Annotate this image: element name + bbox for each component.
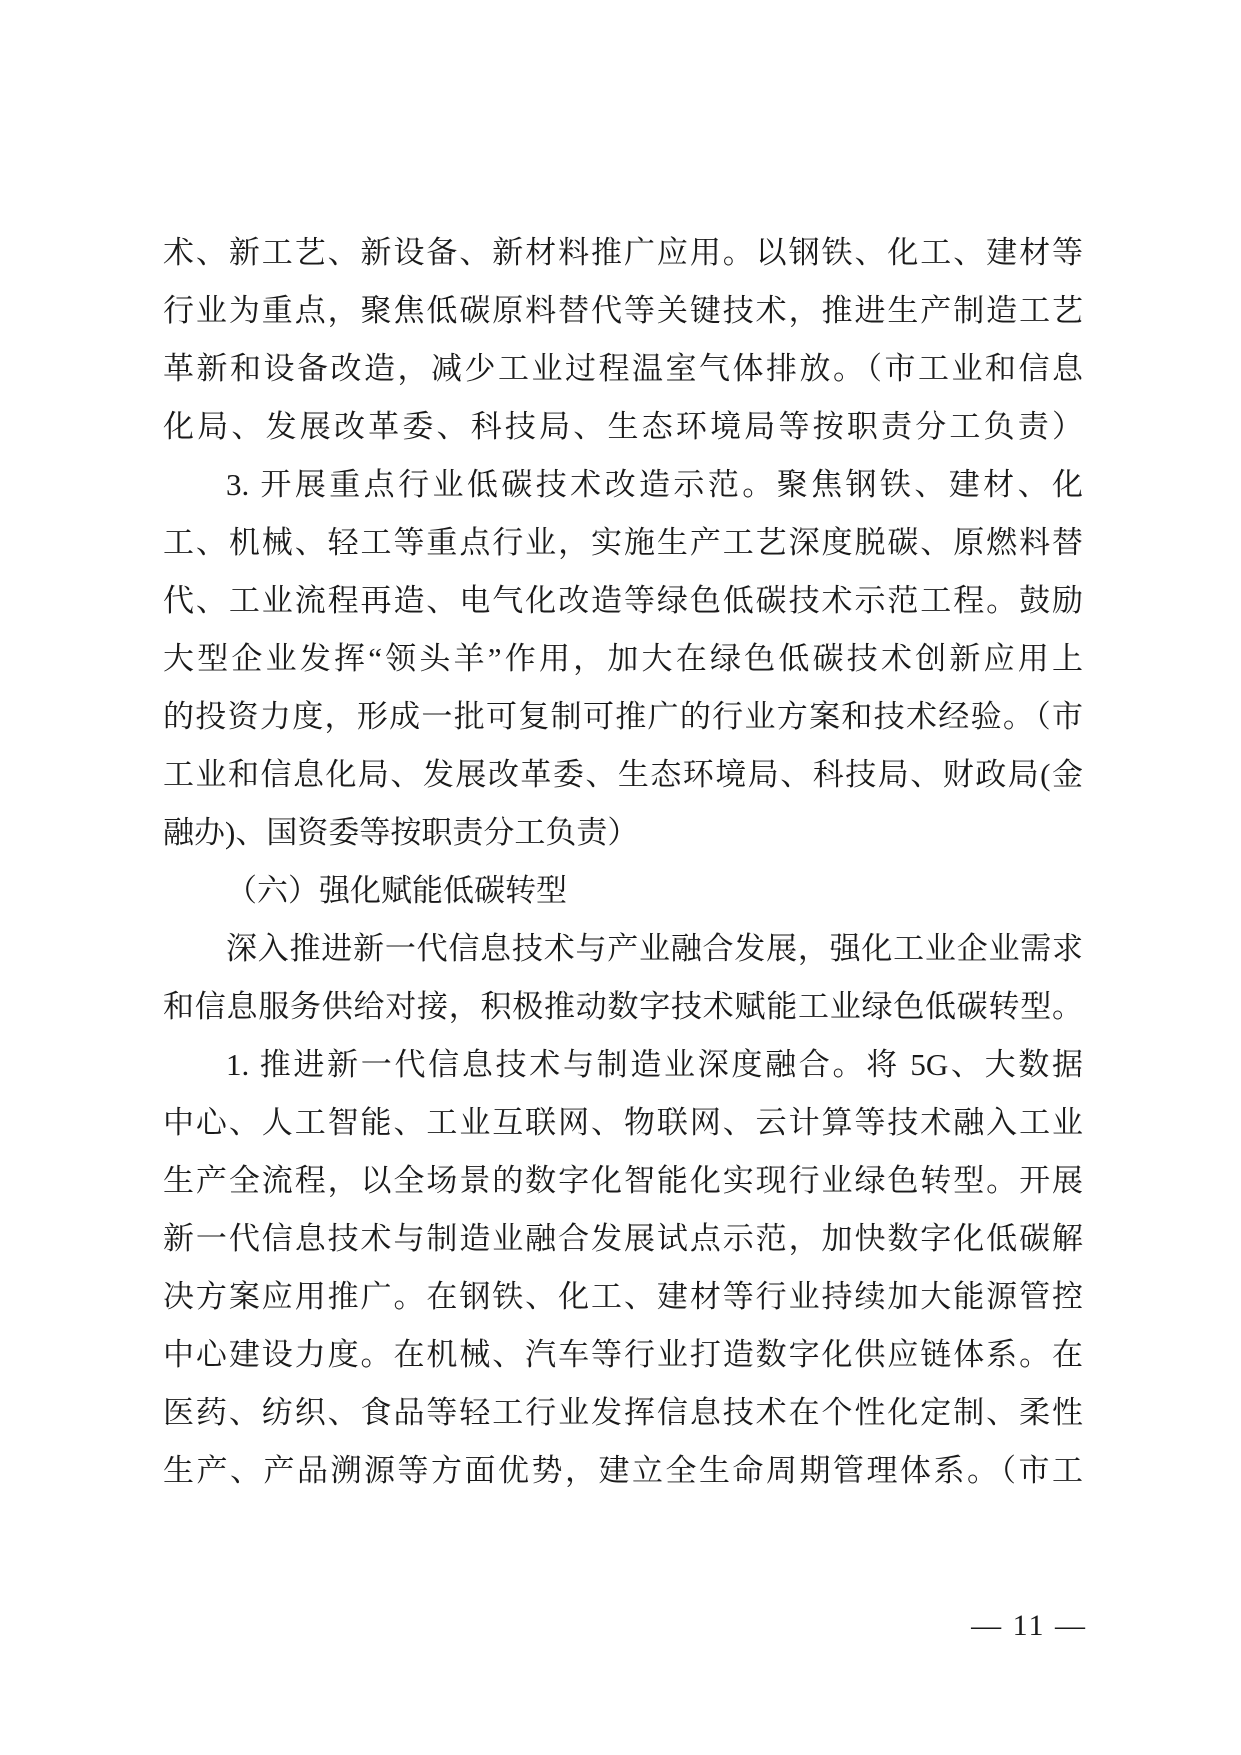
text-line: 深入推进新一代信息技术与产业融合发展，强化工业企业需求 xyxy=(163,920,1083,978)
document-page: 术、新工艺、新设备、新材料推广应用。以钢铁、化工、建材等行业为重点，聚焦低碳原料… xyxy=(0,0,1241,1755)
text-line: 中心、人工智能、工业互联网、物联网、云计算等技术融入工业 xyxy=(163,1094,1083,1152)
text-line: 和信息服务供给对接，积极推动数字技术赋能工业绿色低碳转型。 xyxy=(163,978,1083,1036)
text-line: 中心建设力度。在机械、汽车等行业打造数字化供应链体系。在 xyxy=(163,1326,1083,1384)
text-line: 医药、纺织、食品等轻工行业发挥信息技术在个性化定制、柔性 xyxy=(163,1384,1083,1442)
text-line: 决方案应用推广。在钢铁、化工、建材等行业持续加大能源管控 xyxy=(163,1268,1083,1326)
text-line: 3. 开展重点行业低碳技术改造示范。聚焦钢铁、建材、化 xyxy=(163,456,1083,514)
text-line: 工业和信息化局、发展改革委、生态环境局、科技局、财政局(金 xyxy=(163,746,1083,804)
text-line: 融办)、国资委等按职责分工负责） xyxy=(163,804,1083,862)
text-line: 化局、发展改革委、科技局、生态环境局等按职责分工负责） xyxy=(163,398,1083,456)
text-line: 革新和设备改造，减少工业过程温室气体排放。（市工业和信息 xyxy=(163,340,1083,398)
text-line: 工、机械、轻工等重点行业，实施生产工艺深度脱碳、原燃料替 xyxy=(163,514,1083,572)
page-number: — 11 — xyxy=(971,1608,1087,1644)
text-line: 行业为重点，聚焦低碳原料替代等关键技术，推进生产制造工艺 xyxy=(163,282,1083,340)
text-line: 大型企业发挥“领头羊”作用，加大在绿色低碳技术创新应用上 xyxy=(163,630,1083,688)
text-line: 的投资力度，形成一批可复制可推广的行业方案和技术经验。（市 xyxy=(163,688,1083,746)
document-body: 术、新工艺、新设备、新材料推广应用。以钢铁、化工、建材等行业为重点，聚焦低碳原料… xyxy=(163,224,1083,1500)
text-line: 生产、产品溯源等方面优势，建立全生命周期管理体系。（市工 xyxy=(163,1442,1083,1500)
text-line: 1. 推进新一代信息技术与制造业深度融合。将 5G、大数据 xyxy=(163,1036,1083,1094)
section-heading: （六）强化赋能低碳转型 xyxy=(163,862,1083,920)
text-line: 生产全流程，以全场景的数字化智能化实现行业绿色转型。开展 xyxy=(163,1152,1083,1210)
text-line: 术、新工艺、新设备、新材料推广应用。以钢铁、化工、建材等 xyxy=(163,224,1083,282)
text-line: 代、工业流程再造、电气化改造等绿色低碳技术示范工程。鼓励 xyxy=(163,572,1083,630)
text-line: 新一代信息技术与制造业融合发展试点示范，加快数字化低碳解 xyxy=(163,1210,1083,1268)
